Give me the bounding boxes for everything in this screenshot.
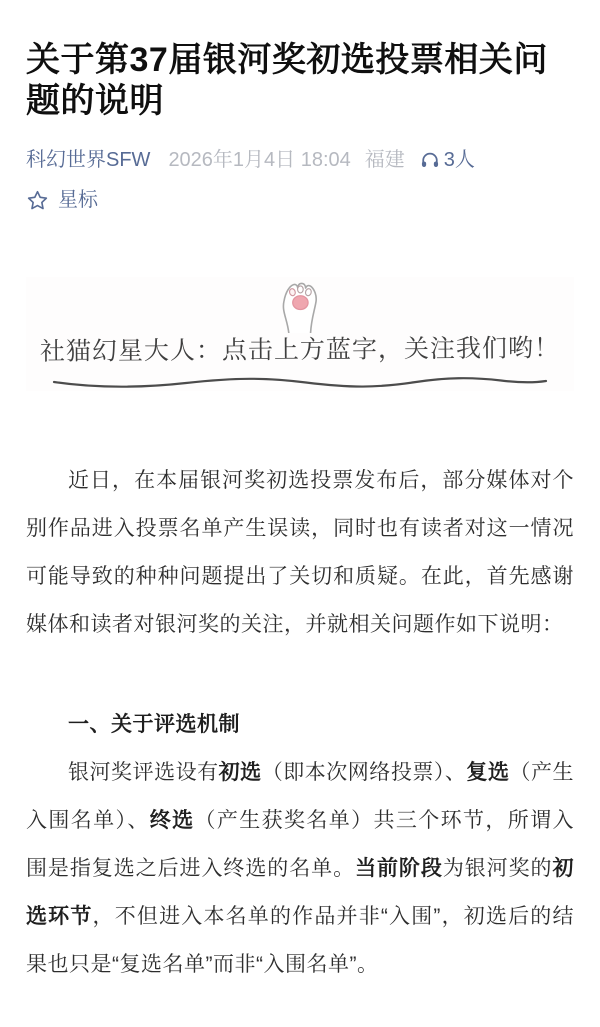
- star-label: 星标: [58, 188, 98, 212]
- headphones-icon: [419, 149, 444, 171]
- star-outline-icon: [26, 189, 58, 212]
- account-name-link[interactable]: 科幻世界SFW: [26, 148, 150, 172]
- listen-together-button[interactable]: 3人: [419, 148, 475, 172]
- article-body: 近日，在本届银河奖初选投票发布后，部分媒体对个别作品进入投票名单产生误读，同时也…: [26, 457, 574, 989]
- listen-count: 3人: [444, 148, 475, 172]
- publish-location: 福建: [365, 148, 405, 172]
- banner-image[interactable]: 社猫幻星大人：点击上方蓝字，关注我们哟！: [26, 277, 574, 391]
- paragraph-intro: 近日，在本届银河奖初选投票发布后，部分媒体对个别作品进入投票名单产生误读，同时也…: [26, 457, 574, 649]
- article-meta: 科幻世界SFW 2026年1月4日 18:04 福建 3人: [26, 148, 574, 172]
- publish-datetime: 2026年1月4日 18:04: [168, 148, 350, 172]
- paragraph-mechanism: 银河奖评选设有初选（即本次网络投票）、复选（产生入围名单）、终选（产生获奖名单）…: [26, 749, 574, 989]
- page-title: 关于第37届银河奖初选投票相关问题的说明: [26, 0, 574, 122]
- article-page: 关于第37届银河奖初选投票相关问题的说明 科幻世界SFW 2026年1月4日 1…: [0, 0, 600, 1027]
- cat-paw-illustration: [26, 277, 574, 333]
- star-article-button[interactable]: 星标: [26, 188, 98, 212]
- section-heading-1: 一、关于评选机制: [26, 701, 574, 749]
- wavy-underline: [26, 373, 574, 391]
- banner-caption: 社猫幻星大人：点击上方蓝字，关注我们哟！: [26, 331, 574, 369]
